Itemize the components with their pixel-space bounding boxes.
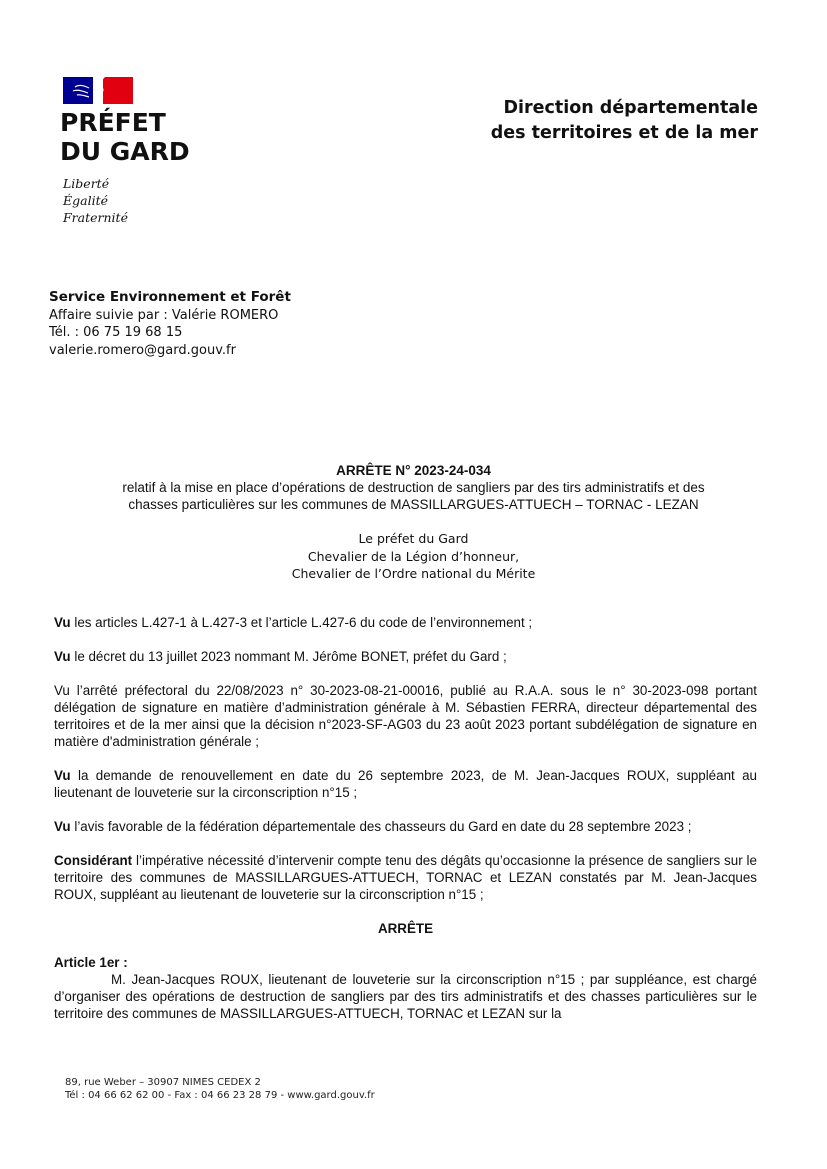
- logo-title-line1: PRÉFET: [60, 108, 190, 137]
- visa-lead: Vu: [54, 768, 71, 783]
- visa-paragraph: Vu la demande de renouvellement en date …: [54, 767, 757, 801]
- visa-text: les articles L.427-1 à L.427-3 et l’arti…: [71, 615, 533, 630]
- visa-text: la demande de renouvellement en date du …: [54, 768, 757, 800]
- considerant-paragraph: Considérant l’impérative nécessité d’int…: [54, 852, 757, 903]
- visa-lead: Vu: [54, 819, 71, 834]
- considerant-lead: Considérant: [54, 853, 132, 868]
- arrete-subject-line2: chasses particulières sur les communes d…: [60, 496, 767, 513]
- footer-contact: Tél : 04 66 62 62 00 - Fax : 04 66 23 28…: [65, 1089, 375, 1102]
- visa-paragraph: Vu les articles L.427-1 à L.427-3 et l’a…: [54, 614, 757, 631]
- direction-header: Direction départementale des territoires…: [491, 96, 758, 146]
- motto-fraternite: Fraternité: [63, 209, 128, 226]
- article-1-text: M. Jean-Jacques ROUX, lieutenant de louv…: [54, 971, 757, 1022]
- visa-paragraph: Vu le décret du 13 juillet 2023 nommant …: [54, 648, 757, 665]
- visa-text: Vu l’arrêté préfectoral du 22/08/2023 n°…: [54, 683, 757, 749]
- page-footer: 89, rue Weber – 30907 NIMES CEDEX 2 Tél …: [65, 1076, 375, 1102]
- service-title: Service Environnement et Forêt: [49, 289, 291, 307]
- prefet-du-gard-logo: PRÉFET DU GARD: [60, 108, 190, 166]
- arrete-subject-line1: relatif à la mise en place d’opérations …: [60, 479, 767, 496]
- arrete-body: Vu les articles L.427-1 à L.427-3 et l’a…: [54, 614, 757, 1022]
- direction-line1: Direction départementale: [491, 96, 758, 121]
- service-phone: Tél. : 06 75 19 68 15: [49, 324, 291, 342]
- service-email: valerie.romero@gard.gouv.fr: [49, 342, 291, 360]
- visa-text: l’avis favorable de la fédération départ…: [71, 819, 692, 834]
- service-contact-block: Service Environnement et Forêt Affaire s…: [49, 289, 291, 359]
- motto-egalite: Égalité: [63, 192, 128, 209]
- considerant-text: l’impérative nécessité d’intervenir comp…: [54, 853, 757, 902]
- prefet-titles: Le préfet du Gard Chevalier de la Légion…: [60, 530, 767, 583]
- footer-address: 89, rue Weber – 30907 NIMES CEDEX 2: [65, 1076, 375, 1089]
- prefet-line1: Le préfet du Gard: [60, 530, 767, 548]
- motto-liberte: Liberté: [63, 175, 128, 192]
- prefet-line2: Chevalier de la Légion d’honneur,: [60, 548, 767, 566]
- republic-motto: Liberté Égalité Fraternité: [63, 175, 128, 226]
- marianne-flag-logo: [63, 77, 133, 104]
- arrete-title-block: ARRÊTE N° 2023-24-034 relatif à la mise …: [60, 462, 767, 513]
- service-contact-person: Affaire suivie par : Valérie ROMERO: [49, 307, 291, 325]
- visa-lead: Vu: [54, 649, 71, 664]
- logo-title-line2: DU GARD: [60, 137, 190, 166]
- prefet-line3: Chevalier de l’Ordre national du Mérite: [60, 565, 767, 583]
- arrete-heading: ARRÊTE: [54, 920, 757, 937]
- visa-paragraph: Vu l’arrêté préfectoral du 22/08/2023 n°…: [54, 682, 757, 750]
- visa-paragraph: Vu l’avis favorable de la fédération dép…: [54, 818, 757, 835]
- visa-text: le décret du 13 juillet 2023 nommant M. …: [71, 649, 507, 664]
- article-1-title: Article 1er :: [54, 954, 757, 971]
- arrete-number: ARRÊTE N° 2023-24-034: [60, 462, 767, 479]
- direction-line2: des territoires et de la mer: [491, 121, 758, 146]
- visa-lead: Vu: [54, 615, 71, 630]
